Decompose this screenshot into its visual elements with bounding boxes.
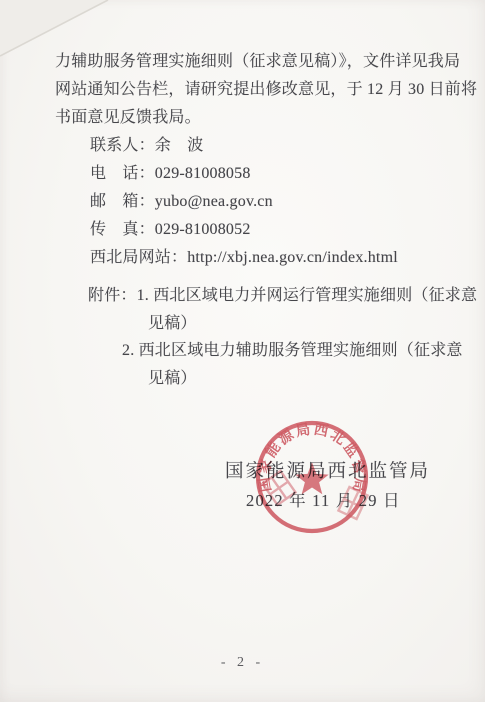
official-seal: 国家能源局西北监管局 — [250, 415, 374, 539]
paragraph-line: 书面意见反馈我局。 — [55, 108, 201, 128]
attachment-line: 见稿） — [148, 314, 197, 334]
document-page: 力辅助服务管理实施细则（征求意见稿）》，文件详见我局 网站通知公告栏，请研究提出… — [0, 0, 485, 702]
seal-star-icon — [295, 462, 328, 494]
page-number: - 2 - — [0, 655, 485, 671]
email-line: 邮 箱：yubo@nea.gov.cn — [90, 192, 273, 212]
fax-line: 传 真：029-81008052 — [90, 220, 251, 240]
paragraph-line: 网站通知公告栏，请研究提出修改意见，于 12 月 30 日前将 — [55, 80, 477, 100]
website-line: 西北局网站：http://xbj.nea.gov.cn/index.html — [90, 248, 398, 268]
contact-person-line: 联系人：余 波 — [90, 136, 203, 156]
attachment-line: 见稿） — [148, 369, 197, 389]
attachment-line: 附件：1. 西北区域电力并网运行管理实施细则（征求意 — [88, 286, 477, 306]
phone-line: 电 话：029-81008058 — [90, 164, 251, 184]
attachment-line: 2. 西北区域电力辅助服务管理实施细则（征求意 — [122, 341, 463, 361]
paragraph-line: 力辅助服务管理实施细则（征求意见稿）》，文件详见我局 — [55, 52, 460, 72]
